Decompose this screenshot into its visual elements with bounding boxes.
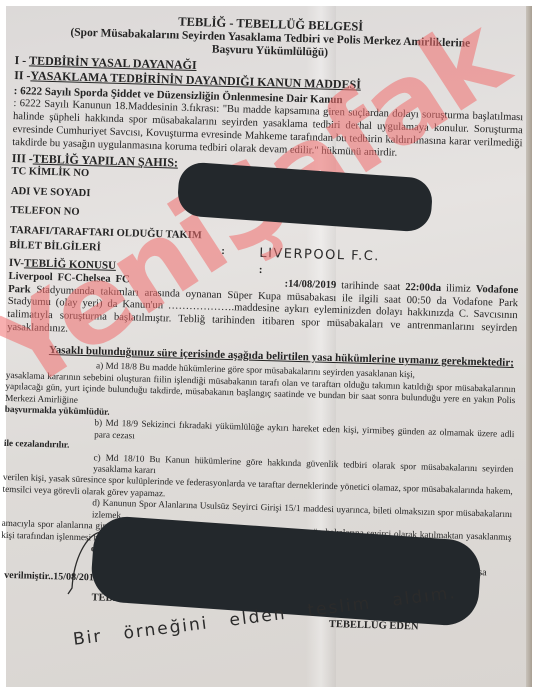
section-1-number: I - (14, 53, 29, 67)
incident-time: 22:00da (405, 282, 441, 294)
section-2-number: II - (14, 68, 31, 82)
section-4-colon: : (259, 264, 263, 277)
teams: Liverpool FC-Chelsea FC (8, 271, 129, 285)
field-label: BİLET BİLGİLERİ (9, 240, 221, 259)
photo-edge (526, 6, 532, 687)
team-handwritten-value: LIVERPOOL F.C. (259, 246, 380, 265)
incident-date: :14/08/2019 (284, 278, 336, 290)
section-4-heading: TEBLİĞ KONUSU (24, 258, 116, 273)
section-4-number: IV- (9, 257, 24, 269)
field-colon: : (221, 246, 259, 260)
signature-stroke (66, 528, 106, 598)
section-3-number: III - (12, 150, 33, 165)
section-4-text: Liverpool FC-Chelsea FC :14/08/2019 tari… (7, 271, 519, 350)
